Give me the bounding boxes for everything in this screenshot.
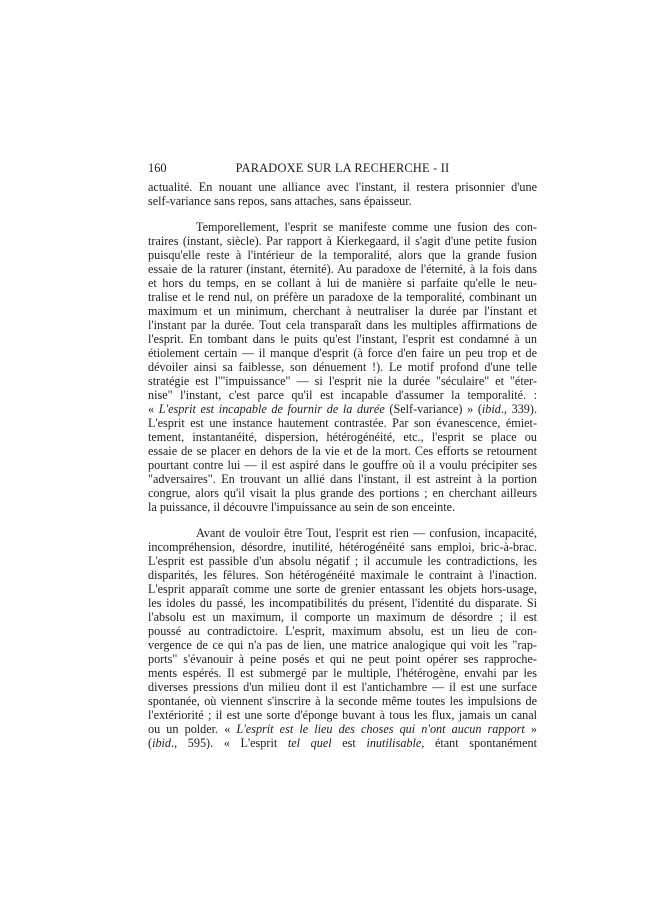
- running-title: PARADOXE SUR LA RECHERCHE - II: [236, 161, 450, 175]
- text-line: (ibid., 595). « L'esprit tel quel est in…: [148, 736, 537, 750]
- text-line: la puissance, il découvre l'impuissance …: [148, 500, 537, 514]
- text-line: "adversaires". En trouvant un allié dans…: [148, 472, 537, 486]
- italic-text: tel quel: [288, 736, 332, 750]
- text-line: stratégie est l'"impuissance" — si l'esp…: [148, 374, 537, 388]
- text-line: dévoiler ainsi sa faiblesse, son dénueme…: [148, 360, 537, 374]
- text-line: l'extériorité ; il est une sorte d'épong…: [148, 708, 537, 722]
- text-line: ou un polder. « L'esprit est le lieu des…: [148, 722, 537, 736]
- text-line: nise" l'instant, c'est parce qu'il est i…: [148, 388, 537, 402]
- text-line: actualité. En nouant une alliance avec l…: [148, 180, 537, 194]
- text-line: ports" s'évanouir à peine posés et qui n…: [148, 652, 537, 666]
- text-line: étiolement certain — il manque d'esprit …: [148, 346, 537, 360]
- paragraph: Temporellement, l'esprit se manifeste co…: [148, 220, 537, 514]
- text-line: disparités, les fêlures. Son hétérogénéi…: [148, 568, 537, 582]
- text-line: essaie de la raturer (instant, éternité)…: [148, 262, 537, 276]
- italic-text: ibid: [152, 736, 171, 750]
- text-line: « L'esprit est incapable de fournir de l…: [148, 402, 537, 416]
- page-number: 160: [148, 161, 167, 175]
- text-line: tralise et le rend nul, on préfère un pa…: [148, 290, 537, 304]
- text-line: L'esprit est passible d'un absolu négati…: [148, 554, 537, 568]
- italic-text: inutilisable: [366, 736, 421, 750]
- text-line: poussé au contradictoire. L'esprit, maxi…: [148, 624, 537, 638]
- text-line: Avant de vouloir être Tout, l'esprit est…: [148, 526, 537, 540]
- text-line: Temporellement, l'esprit se manifeste co…: [148, 220, 537, 234]
- text-line: et hors du temps, en se collant à lui de…: [148, 276, 537, 290]
- text-line: L'esprit est une instance hautement cont…: [148, 416, 537, 430]
- text-line: vergence de ce qui n'a pas de lien, une …: [148, 638, 537, 652]
- text-line: traires (instant, siècle). Par rapport à…: [148, 234, 537, 248]
- text-line: l'esprit. En tombant dans le puits qu'es…: [148, 332, 537, 346]
- text-line: puisqu'elle reste à l'intérieur de la te…: [148, 248, 537, 262]
- text-line: L'esprit apparaît comme une sorte de gre…: [148, 582, 537, 596]
- body-text: actualité. En nouant une alliance avec l…: [148, 180, 537, 750]
- text-line: l'absolu est un maximum, il comporte un …: [148, 610, 537, 624]
- text-line: spontanée, où viennent s'inscrire à la s…: [148, 694, 537, 708]
- text-line: diverses pressions d'un milieu dont il e…: [148, 680, 537, 694]
- page-header: 160 PARADOXE SUR LA RECHERCHE - II: [148, 161, 537, 175]
- text-line: les idoles du passé, les incompatibilité…: [148, 596, 537, 610]
- text-line: self-variance sans repos, sans attaches,…: [148, 194, 537, 208]
- text-line: congrue, alors qu'il visait la plus gran…: [148, 486, 537, 500]
- italic-text: ibid: [482, 402, 501, 416]
- italic-text: L'esprit est incapable de fournir de la …: [159, 402, 385, 416]
- text-line: incompréhension, désordre, inutilité, hé…: [148, 540, 537, 554]
- text-line: l'instant par la durée. Tout cela transp…: [148, 318, 537, 332]
- text-line: ments espérés. Il est submergé par le mu…: [148, 666, 537, 680]
- paragraph: actualité. En nouant une alliance avec l…: [148, 180, 537, 208]
- document-page: 160 PARADOXE SUR LA RECHERCHE - II actua…: [0, 0, 650, 920]
- paragraph: Avant de vouloir être Tout, l'esprit est…: [148, 526, 537, 750]
- text-line: essaie de se placer en dehors de la vie …: [148, 444, 537, 458]
- text-line: tement, instantanéité, dispersion, hétér…: [148, 430, 537, 444]
- italic-text: L'esprit est le lieu des choses qui n'on…: [236, 722, 524, 736]
- text-line: maximum et un minimum, cherchant à neutr…: [148, 304, 537, 318]
- text-line: pourtant contre lui — il est aspiré dans…: [148, 458, 537, 472]
